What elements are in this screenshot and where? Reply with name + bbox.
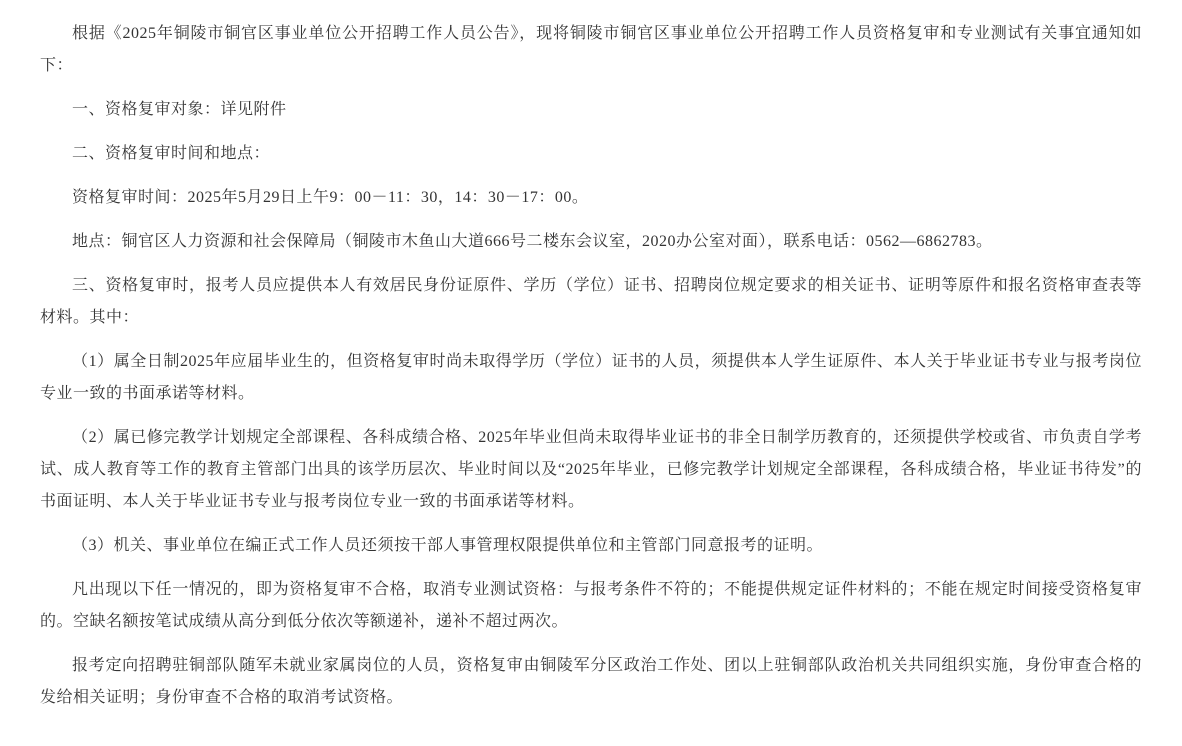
review-location-paragraph: 地点：铜官区人力资源和社会保障局（铜陵市木鱼山大道666号二楼东会议室，2020…: [40, 226, 1142, 258]
notice-document: 根据《2025年铜陵市铜官区事业单位公开招聘工作人员公告》，现将铜陵市铜官区事业…: [0, 0, 1182, 746]
intro-paragraph: 根据《2025年铜陵市铜官区事业单位公开招聘工作人员公告》，现将铜陵市铜官区事业…: [40, 18, 1142, 82]
item-3-paragraph: （3）机关、事业单位在编正式工作人员还须按干部人事管理权限提供单位和主管部门同意…: [40, 530, 1142, 562]
section-2-heading: 二、资格复审时间和地点：: [40, 138, 1142, 170]
item-1-paragraph: （1）属全日制2025年应届毕业生的，但资格复审时尚未取得学历（学位）证书的人员…: [40, 346, 1142, 410]
section-3-heading: 三、资格复审时，报考人员应提供本人有效居民身份证原件、学历（学位）证书、招聘岗位…: [40, 270, 1142, 334]
item-2-paragraph: （2）属已修完教学计划规定全部课程、各科成绩合格、2025年毕业但尚未取得毕业证…: [40, 422, 1142, 518]
review-time-paragraph: 资格复审时间：2025年5月29日上午9：00－11：30，14：30－17：0…: [40, 182, 1142, 214]
military-family-paragraph: 报考定向招聘驻铜部队随军未就业家属岗位的人员，资格复审由铜陵军分区政治工作处、团…: [40, 650, 1142, 714]
disqualification-paragraph: 凡出现以下任一情况的，即为资格复审不合格，取消专业测试资格：与报考条件不符的；不…: [40, 574, 1142, 638]
section-1-heading: 一、资格复审对象：详见附件: [40, 94, 1142, 126]
